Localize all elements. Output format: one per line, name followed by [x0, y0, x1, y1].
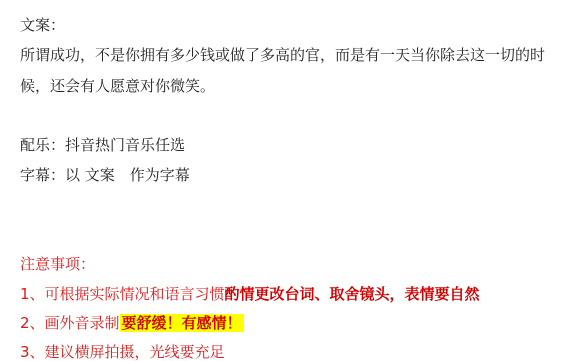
copy-line-2: 候，还会有人愿意对你微笑。 — [20, 76, 215, 96]
note-item-2: 2、画外音录制要舒缓！有感情！ — [20, 313, 244, 333]
note-item-2-text: 2、画外音录制 — [20, 314, 120, 332]
subtitle-line: 字幕：以 文案 作为字幕 — [20, 165, 190, 185]
note-item-1-text: 1、可根据实际情况和语言习惯 — [20, 285, 225, 303]
note-item-2-highlight: 要舒缓！有感情！ — [120, 314, 244, 332]
note-item-3: 3、建议横屏拍摄，光线要充足 — [20, 342, 225, 361]
note-item-1: 1、可根据实际情况和语言习惯酌情更改台词、取舍镜头，表情要自然 — [20, 284, 480, 304]
music-line: 配乐：抖音热门音乐任选 — [20, 135, 185, 155]
note-item-1-emphasis: 酌情更改台词、取舍镜头，表情要自然 — [225, 285, 480, 303]
copy-line-1: 所谓成功，不是你拥有多少钱或做了多高的官，而是有一天当你除去这一切的时 — [20, 45, 545, 65]
notes-heading: 注意事项： — [20, 254, 95, 274]
note-item-3-text: 3、建议横屏拍摄，光线要充足 — [20, 343, 225, 361]
copy-heading: 文案： — [20, 15, 65, 35]
